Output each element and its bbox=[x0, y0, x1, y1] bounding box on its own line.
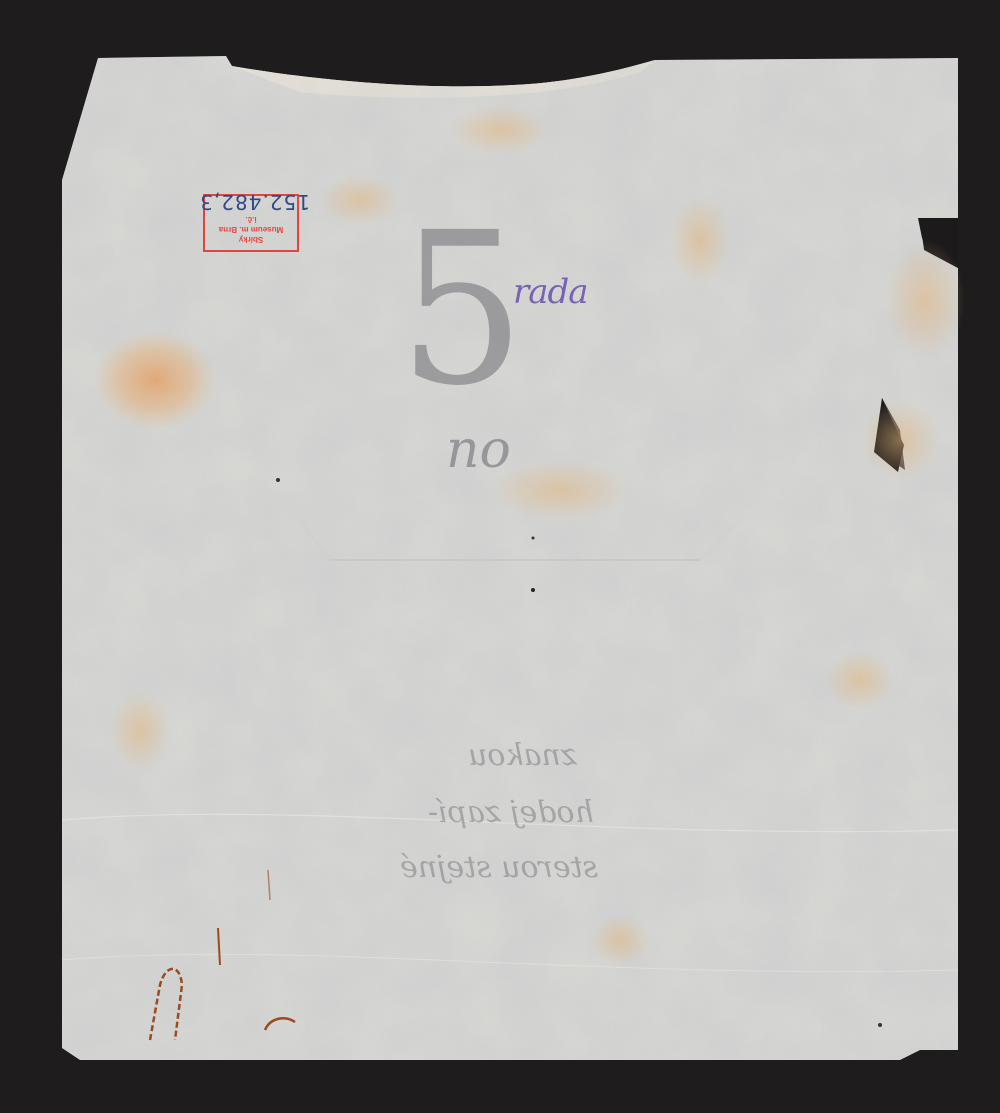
stamp-line-2: Museum m. Brna bbox=[205, 224, 297, 234]
stamp-line-1: Sbírky bbox=[205, 234, 297, 244]
show-through-line-1: znakou bbox=[468, 738, 577, 773]
violet-annotation: rada bbox=[513, 272, 588, 312]
paper-sheet bbox=[0, 0, 1000, 1113]
pencil-numeral: 5 bbox=[398, 205, 525, 415]
inventory-number: 152.482,3 bbox=[190, 190, 310, 214]
stamp-line-3: i.č. bbox=[205, 214, 297, 224]
rust-stain bbox=[93, 330, 217, 430]
pencil-note: no bbox=[446, 420, 511, 480]
show-through-line-2: hodej zapí- bbox=[428, 795, 594, 830]
show-through-line-3: sterou stejné bbox=[400, 850, 598, 885]
